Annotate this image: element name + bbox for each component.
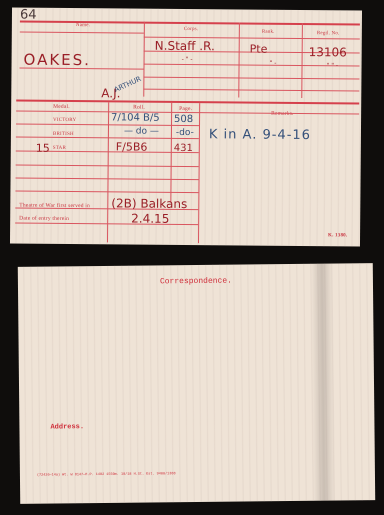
rank-ditto: " - — [270, 60, 277, 67]
rank-header: Rank. — [262, 30, 275, 35]
page-value: 431 — [174, 143, 193, 154]
initials: A.J. — [101, 86, 120, 100]
top-rule — [20, 21, 360, 26]
page-value: 508 — [174, 114, 193, 125]
medal-index-card-front: Name. Corps. Rank. Regtl. No. 64 OAKES. … — [10, 7, 362, 246]
theatre-label: Theatre of War first served in — [19, 203, 90, 210]
corps-rule — [143, 89, 359, 92]
divider-corps-rank — [238, 22, 240, 97]
roll-value: — do — — [124, 126, 159, 136]
regtl-no-ditto: " " - — [327, 62, 339, 69]
printer-line: (72426—14a) Wt. W 8147—H.P. 1482 1550m. … — [37, 472, 176, 477]
remarks-value: K in A. 9-4-16 — [209, 127, 311, 143]
divider-rank-regtl — [301, 23, 303, 98]
page-value: -do- — [176, 128, 194, 138]
medal-prefix: 15 — [36, 142, 50, 155]
regtl-no-value: 13106 — [309, 45, 347, 59]
rank-value: Pte — [250, 43, 268, 56]
corner-note: 64 — [20, 8, 37, 23]
entry-date-label: Date of entry therein — [19, 216, 69, 222]
address-label: Address. — [50, 423, 84, 431]
roll-value: F/5B6 — [116, 140, 148, 153]
medal-name: Star — [53, 146, 66, 151]
medal-row: Victory 7/104 B/5 508 — [12, 7, 362, 10]
corps-header: Corps. — [184, 27, 198, 32]
medal-name: Victory — [53, 118, 76, 123]
form-code: K. 1380. — [328, 233, 347, 238]
surname: OAKES. — [24, 51, 92, 70]
correspondence-heading: Correspondence. — [160, 277, 232, 287]
medal-header: Medal. — [53, 104, 70, 110]
corps-ditto: - " - — [182, 56, 193, 63]
roll-value: 7/104 B/5 — [111, 112, 160, 123]
corps-rule — [143, 77, 359, 80]
medal-row: British — do — -do- — [12, 7, 362, 10]
regtl-no-header: Regtl. No. — [317, 31, 340, 36]
medal-name: British — [53, 132, 74, 137]
divider-medal-roll — [107, 102, 109, 242]
name-rule — [20, 32, 144, 34]
entry-date-value: 2.4.15 — [131, 212, 169, 226]
corps-value: N.Staff .R. — [155, 39, 215, 54]
roll-header: Roll. — [133, 105, 145, 111]
theatre-value: (2B) Balkans — [111, 196, 187, 211]
medal-index-card-back: Correspondence. Address. (72426—14a) Wt.… — [18, 263, 375, 504]
name-header: Name. — [76, 23, 90, 28]
medal-row: 15 Star F/5B6 431 — [12, 7, 362, 10]
